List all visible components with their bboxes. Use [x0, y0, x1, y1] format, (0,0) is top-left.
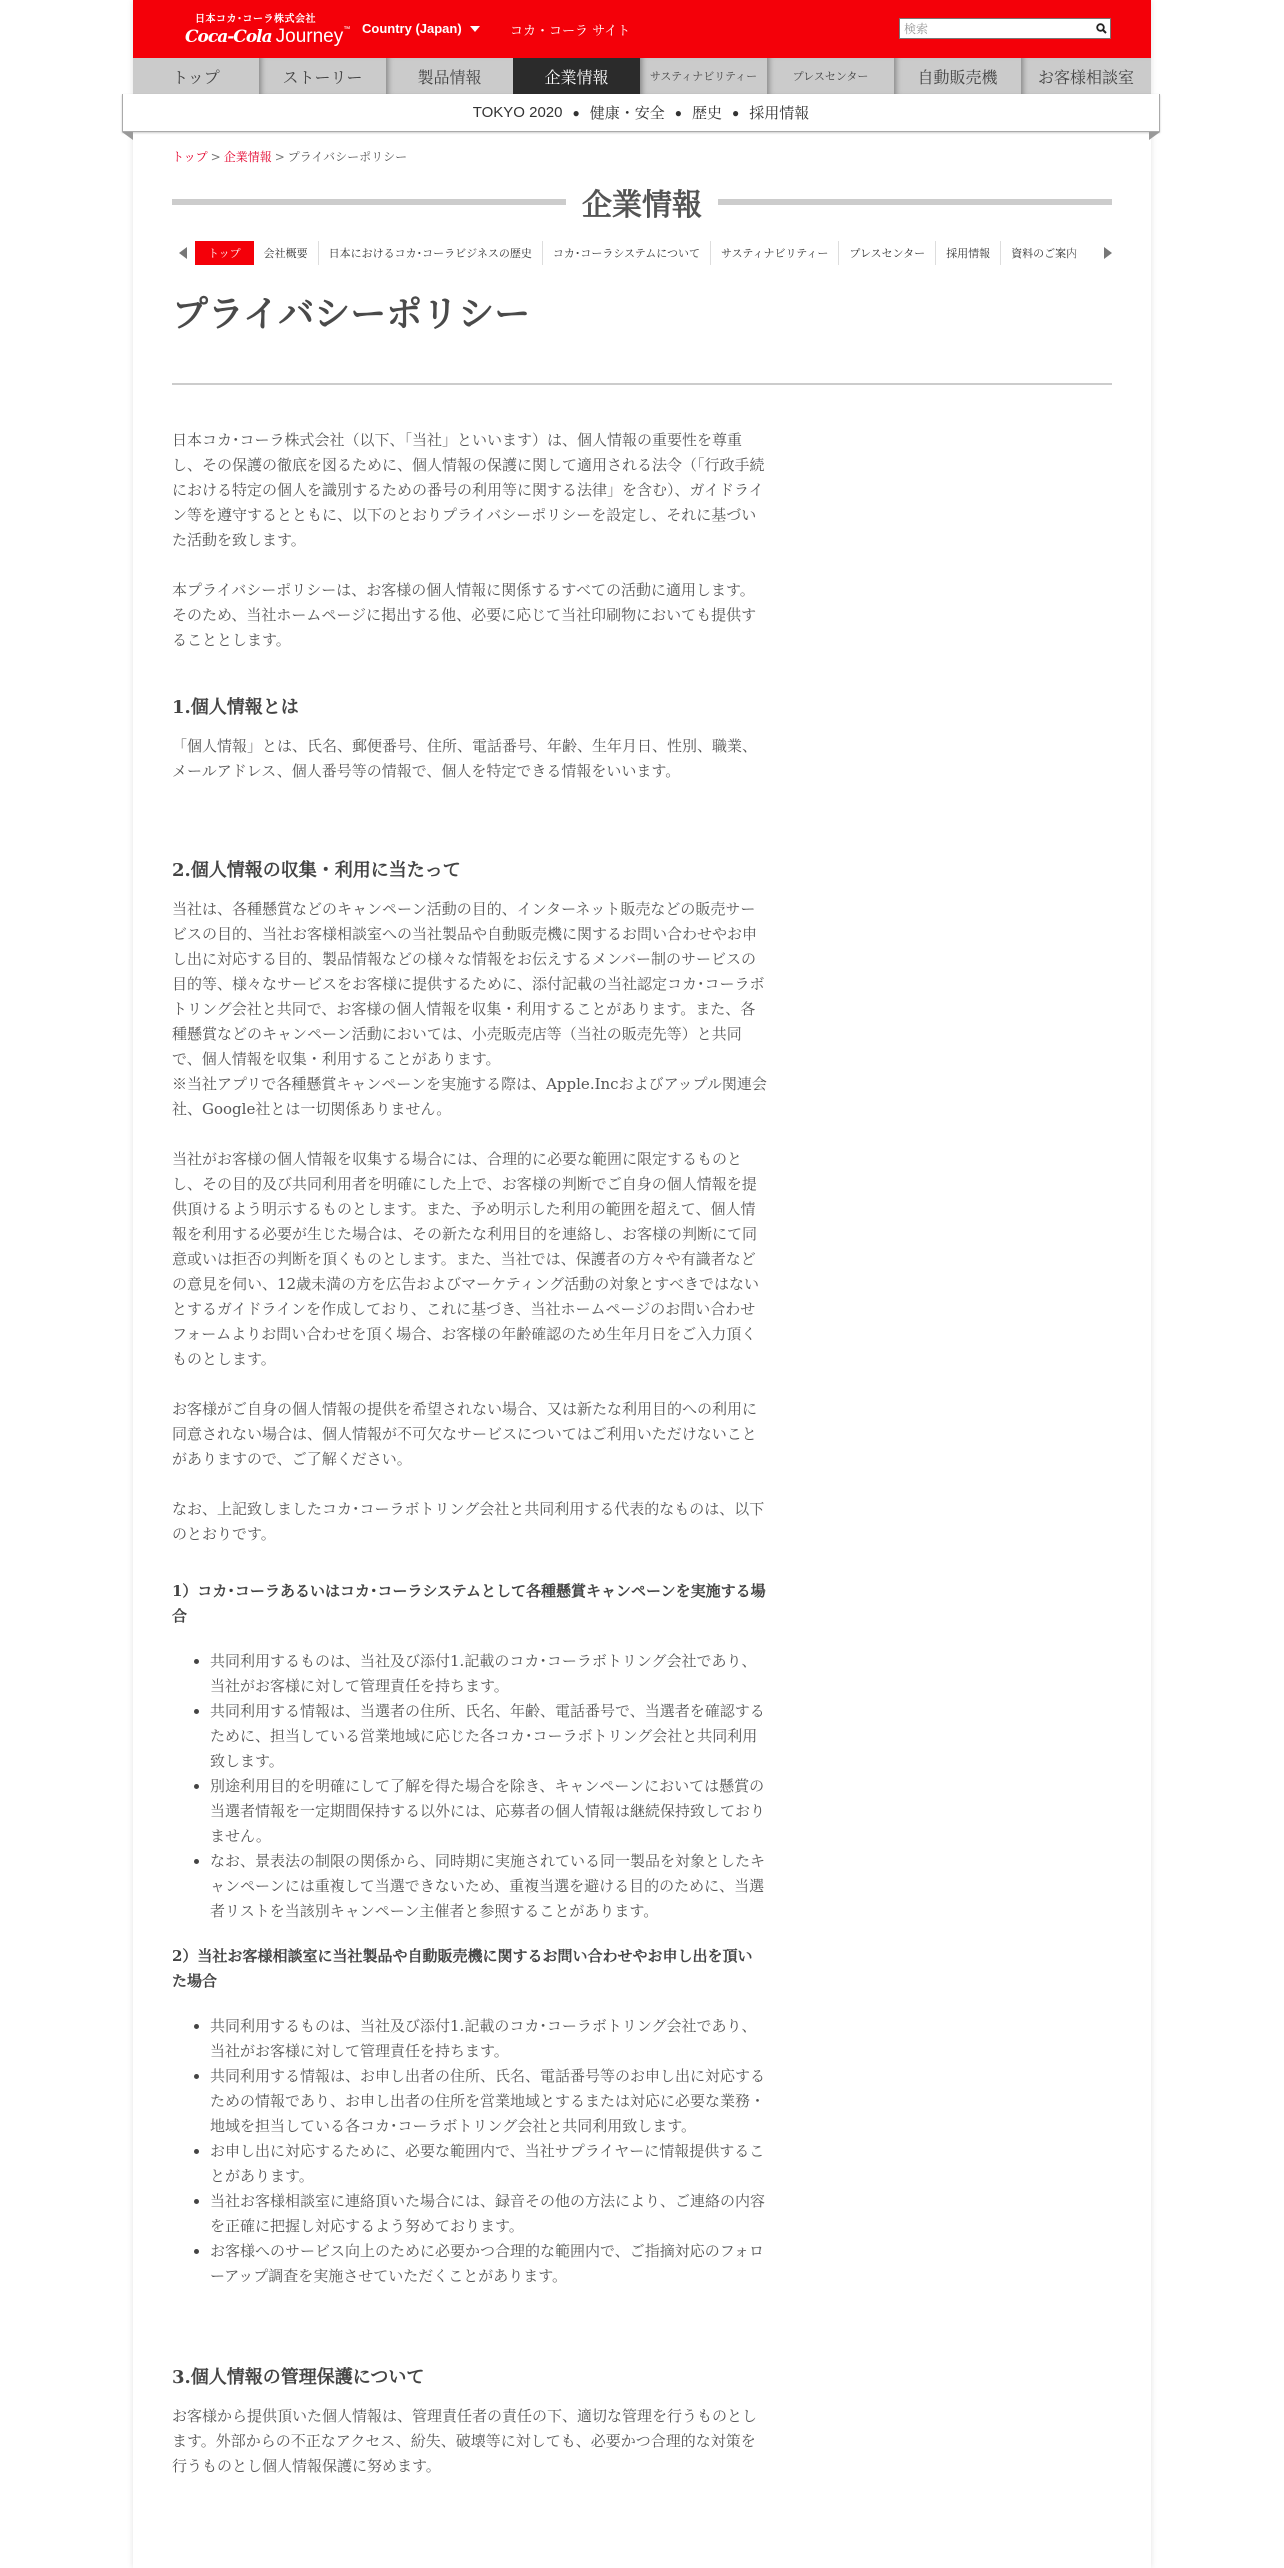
main-nav-tab-story[interactable]: ストーリー — [259, 58, 386, 94]
section-header: 企業情報 — [172, 180, 1112, 224]
main-nav-tab-customer-center[interactable]: お客様相談室 — [1021, 58, 1151, 94]
subnav-link-company-overview[interactable]: 会社概要 — [254, 241, 319, 265]
logo-script: Coca-Cola — [185, 27, 272, 47]
search-icon[interactable] — [1092, 19, 1110, 38]
breadcrumb-current: プライバシーポリシー — [288, 150, 407, 164]
section-paragraph: 当社がお客様の個人情報を収集する場合には、合理的に必要な範囲に限定するものとし、… — [172, 1147, 767, 1372]
section-title: 企業情報 — [582, 180, 702, 224]
section-paragraph: 「個人情報」とは、氏名、郵便番号、住所、電話番号、年齢、生年月日、性別、職業、メ… — [172, 734, 767, 784]
subnav-link-system[interactable]: コカ･コーラシステムについて — [543, 241, 711, 265]
main-nav: トップ ストーリー 製品情報 企業情報 サスティナビリティー プレスセンター 自… — [133, 58, 1151, 94]
breadcrumb-separator: > — [275, 150, 285, 164]
ribbon-fold-right — [1149, 132, 1160, 140]
subsection-heading: 2）当社お客様相談室に当社製品や自動販売機に関するお問い合わせやお申し出を頂いた… — [172, 1944, 767, 1994]
main-nav-tab-sustainability[interactable]: サスティナビリティー — [640, 58, 767, 94]
subnav-link-sustainability[interactable]: サスティナビリティー — [711, 241, 839, 265]
list-item: お申し出に対応するために、必要な範囲内で、当社サプライヤーに情報提供することがあ… — [210, 2139, 767, 2189]
intro-paragraph: 日本コカ･コーラ株式会社（以下、「当社」といいます）は、個人情報の重要性を尊重し… — [172, 428, 767, 553]
breadcrumb-corporate[interactable]: 企業情報 — [224, 150, 272, 164]
featured-link-tokyo2020[interactable]: TOKYO 2020 — [473, 104, 563, 121]
country-selector[interactable]: Country (Japan) — [362, 21, 480, 36]
bullet-list: 共同利用するものは、当社及び添付1.記載のコカ･コーラボトリング会社であり、当社… — [172, 2014, 767, 2289]
section-paragraph: お客様がご自身の個人情報の提供を希望されない場合、又は新たな利用目的への利用に同… — [172, 1397, 767, 1472]
section-rule-left — [172, 199, 566, 205]
bullet-separator: ● — [732, 106, 739, 120]
featured-link-history[interactable]: 歴史 — [692, 102, 722, 123]
subnav-link-top[interactable]: トップ — [195, 241, 254, 265]
intro-paragraph: 本プライバシーポリシーは、お客様の個人情報に関係するすべての活動に適用します。そ… — [172, 578, 767, 653]
list-item: なお、景表法の制限の関係から、同時期に実施されている同一製品を対象としたキャンペ… — [210, 1849, 767, 1924]
ribbon-fold-left — [122, 132, 133, 140]
list-item: 共同利用する情報は、当選者の住所、氏名、年齢、電話番号で、当選者を確認するために… — [210, 1699, 767, 1774]
policy-content: 日本コカ･コーラ株式会社（以下、「当社」といいます）は、個人情報の重要性を尊重し… — [172, 428, 767, 2479]
list-item: 共同利用するものは、当社及び添付1.記載のコカ･コーラボトリング会社であり、当社… — [210, 2014, 767, 2064]
search-box — [899, 18, 1111, 39]
subsection-heading: 1）コカ･コーラあるいはコカ･コーラシステムとして各種懸賞キャンペーンを実施する… — [172, 1579, 767, 1629]
country-label: Country (Japan) — [362, 21, 462, 36]
page-title: プライバシーポリシー — [172, 286, 530, 337]
subnav-link-recruit[interactable]: 採用情報 — [936, 241, 1001, 265]
section-heading: 3.個人情報の管理保護について — [172, 2365, 767, 2390]
caret-down-icon — [470, 26, 480, 32]
main-nav-tab-vending[interactable]: 自動販売機 — [894, 58, 1021, 94]
subnav-links: トップ 会社概要 日本におけるコカ･コーラビジネスの歴史 コカ･コーラシステムに… — [195, 241, 1094, 265]
section-heading: 2.個人情報の収集・利用に当たって — [172, 858, 767, 883]
bullet-separator: ● — [675, 106, 682, 120]
bullet-separator: ● — [572, 106, 579, 120]
subnav-link-business-history[interactable]: 日本におけるコカ･コーラビジネスの歴史 — [319, 241, 543, 265]
section-paragraph: お客様から提供頂いた個人情報は、管理責任者の責任の下、適切な管理を行うものとしま… — [172, 2404, 767, 2479]
list-item: 共同利用する情報は、お申し出者の住所、氏名、電話番号等のお申し出に対応するための… — [210, 2064, 767, 2139]
title-divider — [172, 383, 1112, 385]
featured-links-bar: TOKYO 2020 ● 健康・安全 ● 歴史 ● 採用情報 — [122, 94, 1160, 132]
subnav-next-arrow-icon[interactable] — [1104, 247, 1112, 259]
section-paragraph: なお、上記致しましたコカ･コーラボトリング会社と共同利用する代表的なものは、以下… — [172, 1497, 767, 1547]
main-nav-tab-corporate[interactable]: 企業情報 — [513, 58, 640, 94]
section-rule-right — [718, 199, 1112, 205]
list-item: お客様へのサービス向上のために必要かつ合理的な範囲内で、ご指摘対応のフォローアッ… — [210, 2239, 767, 2289]
cocacola-site-link[interactable]: コカ・コーラ サイト — [510, 20, 630, 39]
bullet-list: 共同利用するものは、当社及び添付1.記載のコカ･コーラボトリング会社であり、当社… — [172, 1649, 767, 1924]
section-heading: 1.個人情報とは — [172, 695, 767, 720]
corporate-subnav: トップ 会社概要 日本におけるコカ･コーラビジネスの歴史 コカ･コーラシステムに… — [172, 240, 1112, 266]
breadcrumb-top[interactable]: トップ — [172, 150, 208, 164]
list-item: 当社お客様相談室に連絡頂いた場合には、録音その他の方法により、ご連絡の内容を正確… — [210, 2189, 767, 2239]
main-nav-tab-products[interactable]: 製品情報 — [386, 58, 513, 94]
note-paragraph: ※当社アプリで各種懸賞キャンペーンを実施する際は、Apple.Incおよびアップ… — [172, 1072, 767, 1122]
logo-corp-name: 日本コカ･コーラ株式会社 — [195, 10, 350, 25]
subnav-link-materials[interactable]: 資料のご案内 — [1001, 241, 1087, 265]
breadcrumb: トップ>企業情報>プライバシーポリシー — [172, 148, 407, 165]
subnav-link-press-center[interactable]: プレスセンター — [839, 241, 936, 265]
breadcrumb-separator: > — [211, 150, 221, 164]
list-item: 別途利用目的を明確にして了解を得た場合を除き、キャンペーンにおいては懸賞の当選者… — [210, 1774, 767, 1849]
featured-link-recruit[interactable]: 採用情報 — [749, 102, 809, 123]
section-paragraph: 当社は、各種懸賞などのキャンペーン活動の目的、インターネット販売などの販売サービ… — [172, 897, 767, 1072]
main-nav-tab-top[interactable]: トップ — [133, 58, 259, 94]
coca-cola-journey-logo[interactable]: 日本コカ･コーラ株式会社 Coca-ColaJourney™ — [185, 10, 350, 48]
list-item: 共同利用するものは、当社及び添付1.記載のコカ･コーラボトリング会社であり、当社… — [210, 1649, 767, 1699]
site-header: 日本コカ･コーラ株式会社 Coca-ColaJourney™ Country (… — [133, 0, 1151, 58]
logo-journey: Journey — [276, 26, 344, 47]
subnav-prev-arrow-icon[interactable] — [179, 247, 187, 259]
logo-brand: Coca-ColaJourney™ — [185, 26, 350, 48]
search-input[interactable] — [900, 19, 1092, 38]
main-nav-tab-press-center[interactable]: プレスセンター — [767, 58, 894, 94]
featured-link-health-safety[interactable]: 健康・安全 — [590, 102, 665, 123]
logo-tm: ™ — [343, 26, 350, 33]
